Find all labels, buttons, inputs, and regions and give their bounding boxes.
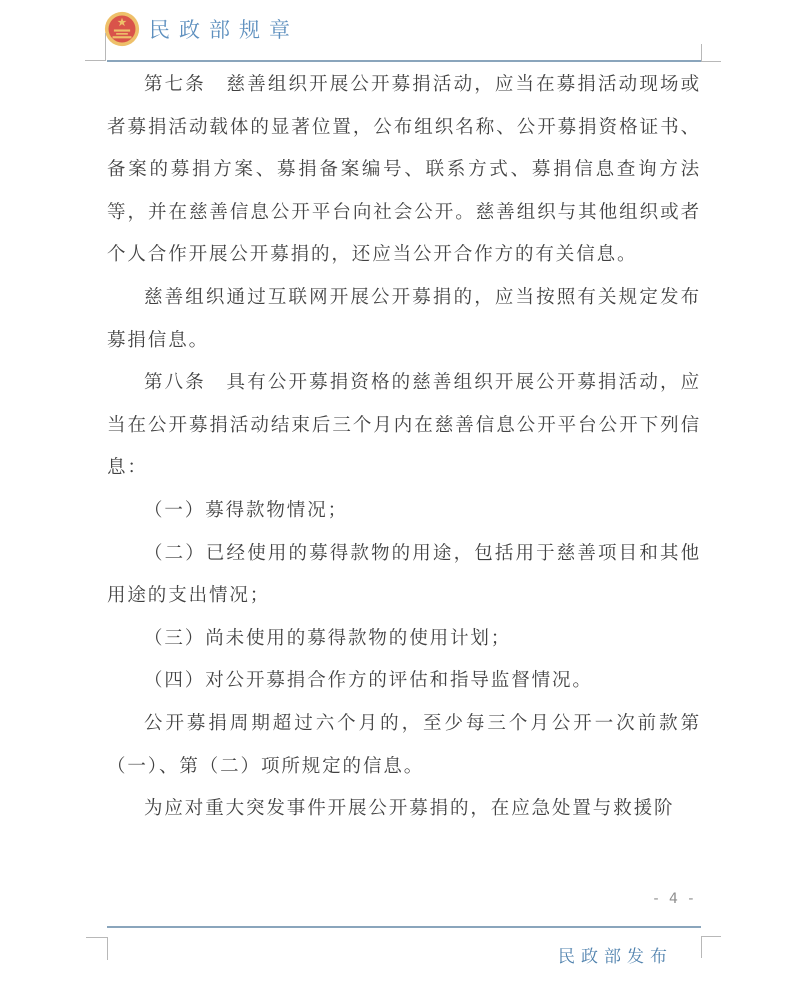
paragraph-emergency: 为应对重大突发事件开展公开募捐的，在应急处置与救援阶 — [107, 788, 701, 831]
document-body: 第七条 慈善组织开展公开募捐活动，应当在募捐活动现场或者募捐活动载体的显著位置，… — [107, 64, 701, 831]
header-title: 民政部规章 — [149, 14, 299, 44]
publisher-label: 民政部发布 — [558, 942, 673, 967]
paragraph-article-7-internet: 慈善组织通过互联网开展公开募捐的，应当按照有关规定发布募捐信息。 — [107, 277, 701, 362]
paragraph-article-7: 第七条 慈善组织开展公开募捐活动，应当在募捐活动现场或者募捐活动载体的显著位置，… — [107, 64, 701, 277]
list-item-3: （三）尚未使用的募得款物的使用计划； — [107, 618, 701, 661]
list-item-1: （一）募得款物情况； — [107, 490, 701, 533]
footer-rule — [107, 926, 701, 928]
corner-mark-bottom-left — [86, 937, 108, 960]
paragraph-article-8: 第八条 具有公开募捐资格的慈善组织开展公开募捐活动，应当在公开募捐活动结束后三个… — [107, 362, 701, 490]
corner-mark-top-right — [701, 44, 721, 62]
list-item-4: （四）对公开募捐合作方的评估和指导监督情况。 — [107, 660, 701, 703]
list-item-2: （二）已经使用的募得款物的用途，包括用于慈善项目和其他用途的支出情况； — [107, 533, 701, 618]
corner-mark-bottom-right — [701, 936, 721, 958]
page-number: - 4 - — [630, 891, 720, 907]
national-emblem-icon — [104, 11, 140, 47]
document-page: 民政部规章 第七条 慈善组织开展公开募捐活动，应当在募捐活动现场或者募捐活动载体… — [0, 0, 799, 997]
paragraph-cycle-disclosure: 公开募捐周期超过六个月的，至少每三个月公开一次前款第（一）、第（二）项所规定的信… — [107, 703, 701, 788]
document-header: 民政部规章 — [104, 11, 299, 47]
header-rule — [107, 60, 701, 62]
corner-mark-top-left — [85, 33, 106, 61]
